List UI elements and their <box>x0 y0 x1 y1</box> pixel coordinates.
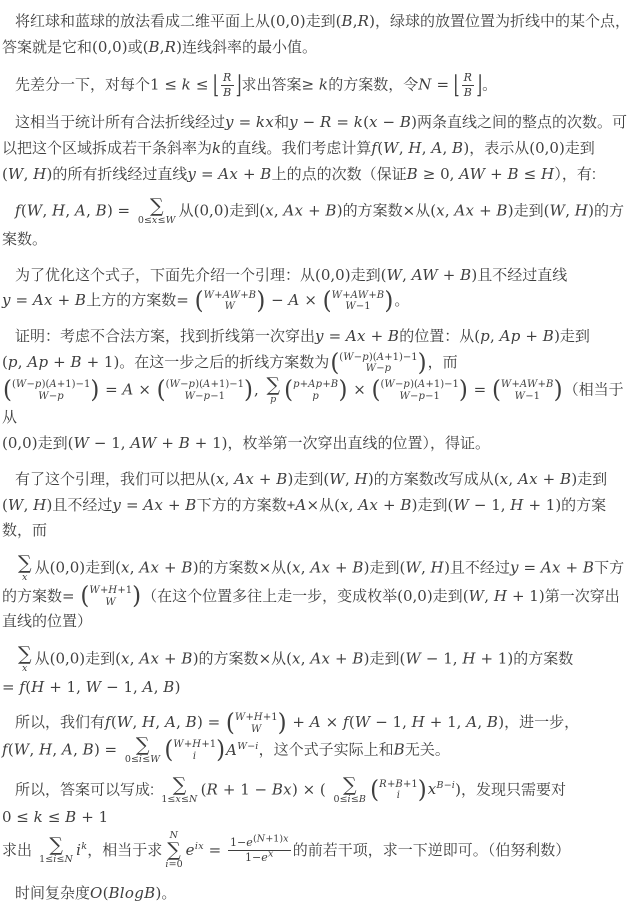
text-run: 。 <box>482 76 497 93</box>
math-run: (0,0) <box>50 559 86 577</box>
text-run: 且不经过 <box>52 497 112 514</box>
math-run: (x, Ax + B) <box>259 202 342 220</box>
summation: ∑x <box>18 554 32 583</box>
math-run: (W, H) <box>2 165 52 183</box>
paragraph-12: 时间复杂度O(BlogB)。 <box>2 881 632 907</box>
right-paren: ) <box>418 351 427 375</box>
math-run: − A × <box>266 291 321 309</box>
binomial-rows: W+AW+BW−1 <box>332 290 385 313</box>
text-run: 走到 <box>433 588 463 605</box>
text-run: 所以，答案可以写成: <box>15 781 158 798</box>
math-run: 0 ≤ k ≤ B + 1 <box>2 808 108 826</box>
math-run: = <box>176 291 193 309</box>
sum-lower-limit: 0≤i≤B <box>334 795 367 805</box>
binomial-top: W+AW+B <box>332 290 385 302</box>
binomial-top: (W−p)(A+1)−1 <box>166 379 244 391</box>
binomial-top: W+H+1 <box>235 712 278 724</box>
summation: N∑i=0 <box>165 831 182 871</box>
text-run: 这相当于统计所有合法折线经过 <box>15 114 225 131</box>
summation: ∑p <box>267 376 281 405</box>
math-run: (x, Ax + B) <box>286 559 369 577</box>
math-run: (0,0) <box>529 139 565 157</box>
exponent-text: B−i <box>437 780 456 791</box>
binomial-coefficient: (W+AW+BW) <box>195 290 266 313</box>
summation: ∑0≤i≤W <box>125 736 160 765</box>
binomial-bottom: i <box>397 790 401 802</box>
sigma-symbol: ∑ <box>136 736 150 755</box>
math-run: (0,0) <box>50 650 86 668</box>
paragraph-10: 所以，我们有f(W, H, A, B) = (W+H+1W) + A × f(W… <box>2 710 632 765</box>
math-run: (0,0) <box>397 587 433 605</box>
binomial-coefficient: ((W−p)(A+1)−1W−p) <box>330 352 426 375</box>
exponent-text: (N+1)x <box>253 834 289 845</box>
right-paren: ) <box>418 778 427 802</box>
text-run: 所以，我们有 <box>15 714 105 731</box>
math-run: (W, H + 1) <box>463 587 545 605</box>
math-run: y = Ax + B <box>315 327 399 345</box>
power-expression: ik <box>76 841 87 859</box>
text-run: （在这个位置多往上走一步，变成枚举 <box>142 588 397 605</box>
sigma-symbol: ∑ <box>49 836 63 855</box>
math-run: f(W, H, A, B) = <box>2 741 122 759</box>
right-floor-bracket: ⌋ <box>476 73 482 98</box>
binomial-rows: p+Ap+Bp <box>293 379 338 402</box>
math-run: ≥ k <box>302 75 329 93</box>
paragraph-8: ∑x从(0,0)走到(x, Ax + B)的方案数×从(x, Ax + B)走到… <box>2 554 632 635</box>
floor-fraction: ⌊RB⌋ <box>454 71 482 100</box>
math-run: (B,R) <box>143 38 182 56</box>
sigma-symbol: ∑ <box>167 841 181 860</box>
left-paren: ( <box>80 585 89 609</box>
math-run: × <box>259 559 272 577</box>
binomial-top: W+AW+B <box>204 290 257 302</box>
text-run: 求出答案 <box>241 76 301 93</box>
power-expression: AW−i <box>226 741 259 759</box>
binomial-coefficient: (R+B+1i) <box>370 779 427 802</box>
math-run: (R + 1 − Bx) × ( <box>201 780 331 798</box>
math-run: f(W, H, A, B) = <box>105 713 225 731</box>
math-run: (W − 1, H + 1) <box>448 496 562 514</box>
fraction-denominator: B <box>221 86 233 100</box>
document-page: { "page": { "background": "#ffffff", "te… <box>0 0 635 917</box>
math-run: B ≥ 0, AW + B ≤ H <box>407 165 555 183</box>
math-run: y − R = k(x − B) <box>289 113 417 131</box>
text-run: 的前若干项，求一下逆即可。（伯努利数） <box>293 842 571 859</box>
math-run: (W, H) <box>2 496 52 514</box>
left-paren: ( <box>3 378 12 402</box>
text-run: 。在这一步之后的折线方案数为 <box>119 354 329 371</box>
text-run: 的直线。我们考虑计算 <box>221 140 371 157</box>
binomial-bottom: W <box>251 724 262 736</box>
binomial-bottom: W−p <box>38 391 64 403</box>
sum-lower-limit: i=0 <box>165 860 182 870</box>
right-paren: ) <box>132 585 141 609</box>
binomial-coefficient: (W+H+1W) <box>80 585 141 608</box>
power-base: e <box>246 836 253 849</box>
text-run: 。 <box>161 885 176 902</box>
text-run: 且不经过 <box>450 560 510 577</box>
summation: ∑x <box>18 645 32 674</box>
math-run: 1− <box>230 836 246 849</box>
power-base: A <box>226 741 237 759</box>
left-paren: ( <box>492 378 501 402</box>
sigma-symbol: ∑ <box>18 645 32 664</box>
math-run: (x, Ax + B) <box>494 470 577 488</box>
text-run: 从 <box>179 203 194 220</box>
left-paren: ( <box>284 378 293 402</box>
text-run: 时间复杂度 <box>15 885 90 902</box>
text-run: 的所有折线经过直线 <box>52 166 187 183</box>
text-run: 走到 <box>514 203 544 220</box>
math-run: O(BlogB) <box>90 884 161 902</box>
paragraph-6: 证明：考虑不合法方案，找到折线第一次穿出y = Ax + B的位置：从(p, A… <box>2 324 632 457</box>
binomial-rows: W+H+1i <box>173 739 216 762</box>
denominator-text: B <box>464 86 472 99</box>
fraction-numerator: R <box>462 71 475 86</box>
power-exponent: B−i <box>437 780 456 791</box>
text-run: 走到 <box>560 328 590 345</box>
power-exponent: (N+1)x <box>253 834 289 845</box>
fraction-numerator: R <box>221 71 234 86</box>
binomial-bottom: W−p <box>366 363 392 375</box>
left-paren: ( <box>157 378 166 402</box>
fraction-denominator: B <box>462 86 474 100</box>
binomial-top: (W−p)(A+1)−1 <box>381 379 459 391</box>
binomial-top: W+AW+B <box>501 379 554 391</box>
math-run: (W, AW + B) <box>381 266 478 284</box>
binomial-rows: W+H+1W <box>89 585 132 608</box>
binomial-top: R+B+1 <box>379 779 418 791</box>
math-run: (W, H) <box>544 202 594 220</box>
text-run: ，相当于求 <box>87 842 162 859</box>
fraction: 1−e(N+1)x1−ex <box>228 836 291 865</box>
binomial-bottom: W−1 <box>345 301 370 313</box>
editorial-document: 将红球和蓝球的放法看成二维平面上从(0,0)走到(B,R)，绿球的放置位置为折线… <box>2 9 632 907</box>
math-run: f(W, H, A, B) <box>371 139 469 157</box>
text-run: 的方案数 <box>199 560 259 577</box>
text-run: 走到 <box>577 471 607 488</box>
math-run: 1 ≤ k ≤ <box>150 75 213 93</box>
power-exponent: x <box>268 849 274 860</box>
sigma-symbol: ∑ <box>150 197 164 216</box>
binomial-bottom: i <box>193 751 197 763</box>
power-base: x <box>428 780 437 798</box>
text-run: 从 <box>319 497 334 514</box>
math-run: 1− <box>245 851 261 864</box>
fraction: RB <box>221 71 234 100</box>
binomial-rows: W+AW+BW−1 <box>501 379 554 402</box>
text-run: ，枚举第一次穿出直线的位置），得证。 <box>228 435 491 452</box>
text-run: 的方案数 <box>343 203 403 220</box>
math-run: (x, Ax + B) <box>115 650 198 668</box>
denominator-text: B <box>223 86 231 99</box>
power-base: e <box>186 841 195 859</box>
text-run: 无关。 <box>405 742 450 759</box>
binomial-top: W+H+1 <box>89 585 132 597</box>
binomial-coefficient: ((W−p)(A+1)−1W−p−1) <box>157 379 253 402</box>
math-run: A× <box>295 496 319 514</box>
math-run: (W, H) <box>323 470 373 488</box>
summation: ∑1≤i≤N <box>39 836 73 865</box>
math-run: = <box>469 380 491 398</box>
power-exponent: ix <box>195 841 204 852</box>
paragraph-5: 为了优化这个式子，下面先介绍一个引理：从(0,0)走到(W, AW + B)且不… <box>2 263 632 315</box>
paragraph-11: 所以，答案可以写成: ∑1≤x≤N(R + 1 − Bx) × ( ∑0≤i≤B… <box>2 776 632 871</box>
binomial-rows: (W−p)(A+1)−1W−p−1 <box>166 379 244 402</box>
text-run: 从 <box>271 560 286 577</box>
right-paren: ) <box>554 378 563 402</box>
numerator-text: R <box>223 71 232 84</box>
text-run: 上的点的次数（保证 <box>272 166 407 183</box>
math-run: y = kx <box>225 113 274 131</box>
math-run: (0,0) <box>194 202 230 220</box>
fraction-denominator: 1−ex <box>243 851 276 865</box>
text-run: 从 <box>35 560 50 577</box>
paragraph-3: 这相当于统计所有合法折线经过y = kx和y − R = k(x − B)两条直… <box>2 110 632 187</box>
math-run: × <box>259 650 272 668</box>
math-run: (p, Ap + B) <box>474 327 560 345</box>
text-run: 走到 <box>370 560 400 577</box>
text-run: 走到 <box>418 497 448 514</box>
paragraph-2: 先差分一下，对每个1 ≤ k ≤ ⌊RB⌋求出答案≥ k的方案数，令N = ⌊R… <box>2 71 632 100</box>
binomial-rows: (W−p)(A+1)−1W−p <box>339 352 417 375</box>
text-run: 证明：考虑不合法方案，找到折线第一次穿出 <box>15 328 315 345</box>
math-run: (x, Ax + B) <box>286 650 369 668</box>
text-run: 走到 <box>370 651 400 668</box>
sigma-symbol: ∑ <box>343 776 357 795</box>
power-base: e <box>261 851 268 864</box>
binomial-rows: R+B+1i <box>379 779 418 802</box>
binomial-bottom: W−p−1 <box>185 391 225 403</box>
fraction: RB <box>462 71 475 100</box>
math-run: (W, H) <box>400 559 450 577</box>
math-run: y = Ax + B <box>187 165 271 183</box>
binomial-top: (W−p)(A+1)−1 <box>339 352 417 364</box>
left-floor-bracket: ⌊ <box>213 73 219 98</box>
text-run: 的方案数 <box>513 651 573 668</box>
math-run: y = Ax + B <box>510 559 594 577</box>
binomial-bottom: W−p−1 <box>399 391 439 403</box>
text-run: 走到 <box>293 471 323 488</box>
right-paren: ) <box>90 378 99 402</box>
exponent-text: x <box>268 849 274 860</box>
paragraph-4: f(W, H, A, B) = ∑0≤x≤W从(0,0)走到(x, Ax + B… <box>2 197 632 252</box>
sigma-symbol: ∑ <box>18 554 32 573</box>
math-run: (W − 1, AW + B + 1) <box>68 434 228 452</box>
math-run: (p, Ap + B + 1) <box>2 353 119 371</box>
right-paren: ) <box>256 289 265 313</box>
left-paren: ( <box>226 711 235 735</box>
math-run: (x, Ax + B) <box>430 202 513 220</box>
sum-lower-limit: p <box>270 395 276 405</box>
math-run: (B,R) <box>336 12 375 30</box>
binomial-top: p+Ap+B <box>293 379 338 391</box>
summation: ∑1≤x≤N <box>161 776 197 805</box>
summation: ∑0≤i≤B <box>334 776 367 805</box>
left-floor-bracket: ⌊ <box>454 73 460 98</box>
math-run: N = <box>418 75 454 93</box>
text-run: 求出 <box>2 842 36 859</box>
math-run: = f(H + 1, W − 1, A, B) <box>2 678 180 696</box>
text-run: 先差分一下，对每个 <box>15 76 150 93</box>
text-run: 为了优化这个式子，下面先介绍一个引理：从 <box>15 267 315 284</box>
text-run: 或 <box>128 39 143 56</box>
sum-lower-limit: x <box>22 573 28 583</box>
fraction-numerator: 1−e(N+1)x <box>228 836 291 851</box>
text-run: 下方的方案数+ <box>197 497 296 514</box>
text-run: 上方的方案数 <box>86 292 176 309</box>
binomial-coefficient: (W+AW+BW−1) <box>492 379 563 402</box>
left-paren: ( <box>330 351 339 375</box>
paragraph-7: 有了这个引理，我们可以把从(x, Ax + B)走到(W, H)的方案数改写成从… <box>2 467 632 544</box>
math-run: (x, Ax + B) <box>210 470 293 488</box>
binomial-rows: (W−p)(A+1)−1W−p <box>12 379 90 402</box>
math-run: + A × f(W − 1, H + 1, A, B) <box>288 713 504 731</box>
left-paren: ( <box>164 739 173 763</box>
floor-fraction: ⌊RB⌋ <box>213 71 241 100</box>
exponent-text: W−i <box>237 741 258 752</box>
text-run: 从 <box>35 651 50 668</box>
text-run: 走到 <box>38 435 68 452</box>
text-run: 走到 <box>565 140 595 157</box>
text-run: 的位置：从 <box>399 328 474 345</box>
text-run: ，进一步， <box>504 714 579 731</box>
right-paren: ) <box>459 378 468 402</box>
exponent-text: ix <box>195 841 204 852</box>
binomial-coefficient: (W+H+1i) <box>164 739 225 762</box>
math-run: (0,0) <box>92 38 128 56</box>
power-expression: xB−i <box>428 780 455 798</box>
text-run: 走到 <box>351 267 381 284</box>
math-run: y = Ax + B <box>2 291 86 309</box>
summation: ∑0≤x≤W <box>138 197 176 226</box>
binomial-bottom: W−1 <box>515 391 540 403</box>
sum-lower-limit: 1≤i≤N <box>39 855 73 865</box>
paragraph-1: 将红球和蓝球的放法看成二维平面上从(0,0)走到(B,R)，绿球的放置位置为折线… <box>2 9 632 61</box>
text-run: 连线斜率的最小值。 <box>182 39 317 56</box>
text-run: 和 <box>274 114 289 131</box>
right-floor-bracket: ⌋ <box>236 73 242 98</box>
right-paren: ) <box>338 378 347 402</box>
sigma-symbol: ∑ <box>267 376 281 395</box>
math-run: × <box>348 380 370 398</box>
math-run: = A × <box>100 380 155 398</box>
math-run: (0,0) <box>315 266 351 284</box>
binomial-coefficient: ((W−p)(A+1)−1W−p−1) <box>372 379 468 402</box>
binomial-bottom: p <box>312 391 319 403</box>
sigma-symbol: ∑ <box>173 776 187 795</box>
math-run: (W − 1, H + 1) <box>400 650 514 668</box>
binomial-bottom: W <box>105 597 116 609</box>
binomial-coefficient: (W+H+1W) <box>226 712 287 735</box>
text-run: 从 <box>271 651 286 668</box>
text-run: ，而 <box>428 354 458 371</box>
math-run: × <box>403 202 416 220</box>
paragraph-9: ∑x从(0,0)走到(x, Ax + B)的方案数×从(x, Ax + B)走到… <box>2 645 632 700</box>
binomial-coefficient: (W+AW+BW−1) <box>323 290 394 313</box>
binomial-bottom: W <box>225 301 236 313</box>
math-run: f(W, H, A, B) = <box>15 202 135 220</box>
numerator-text: R <box>464 71 473 84</box>
text-run: 走到 <box>85 651 115 668</box>
math-run: (x, Ax + B) <box>334 496 417 514</box>
text-run: 。 <box>394 292 409 309</box>
left-paren: ( <box>323 289 332 313</box>
math-run: k <box>212 139 221 157</box>
sum-lower-limit: 0≤x≤W <box>138 216 176 226</box>
binomial-top: W+H+1 <box>173 739 216 751</box>
sum-lower-limit: 0≤i≤W <box>125 755 160 765</box>
power-exponent: W−i <box>237 741 258 752</box>
text-run: ，表示从 <box>469 140 529 157</box>
text-run: ，这个式子实际上和 <box>259 742 394 759</box>
math-run: B <box>394 741 405 759</box>
text-run: 的方案数改写成从 <box>374 471 494 488</box>
math-run: (0,0) <box>2 434 38 452</box>
math-run: = <box>204 841 226 859</box>
sum-lower-limit: 1≤x≤N <box>161 795 197 805</box>
text-run: 将红球和蓝球的放法看成二维平面上从 <box>15 13 270 30</box>
binomial-top: (W−p)(A+1)−1 <box>12 379 90 391</box>
text-run: 且不经过直线 <box>477 267 567 284</box>
text-run: 走到 <box>306 13 336 30</box>
text-run: 的方案数，令 <box>328 76 418 93</box>
right-paren: ) <box>278 711 287 735</box>
right-paren: ) <box>244 378 253 402</box>
math-run: (0,0) <box>270 12 306 30</box>
math-run: (x, Ax + B) <box>115 559 198 577</box>
power-expression: ex <box>261 851 273 864</box>
left-paren: ( <box>372 378 381 402</box>
binomial-coefficient: ((W−p)(A+1)−1W−p) <box>3 379 99 402</box>
math-run: , <box>254 380 264 398</box>
text-run: 走到 <box>85 560 115 577</box>
text-run: ），有: <box>554 166 596 183</box>
math-run: = <box>62 587 79 605</box>
right-paren: ) <box>384 289 393 313</box>
left-paren: ( <box>370 778 379 802</box>
text-run: 走到 <box>229 203 259 220</box>
text-run: 有了这个引理，我们可以把从 <box>15 471 210 488</box>
text-run: 的方案数 <box>199 651 259 668</box>
sum-lower-limit: x <box>22 664 28 674</box>
binomial-rows: W+H+1W <box>235 712 278 735</box>
left-paren: ( <box>195 289 204 313</box>
text-run: 从 <box>415 203 430 220</box>
binomial-rows: (W−p)(A+1)−1W−p−1 <box>381 379 459 402</box>
text-run: ，发现只需要对 <box>461 781 566 798</box>
binomial-rows: W+AW+BW <box>204 290 257 313</box>
binomial-coefficient: (p+Ap+Bp) <box>284 379 347 402</box>
right-paren: ) <box>216 739 225 763</box>
math-run: y = Ax + B <box>112 496 196 514</box>
power-expression: eix <box>186 841 204 859</box>
power-expression: e(N+1)x <box>246 836 289 849</box>
